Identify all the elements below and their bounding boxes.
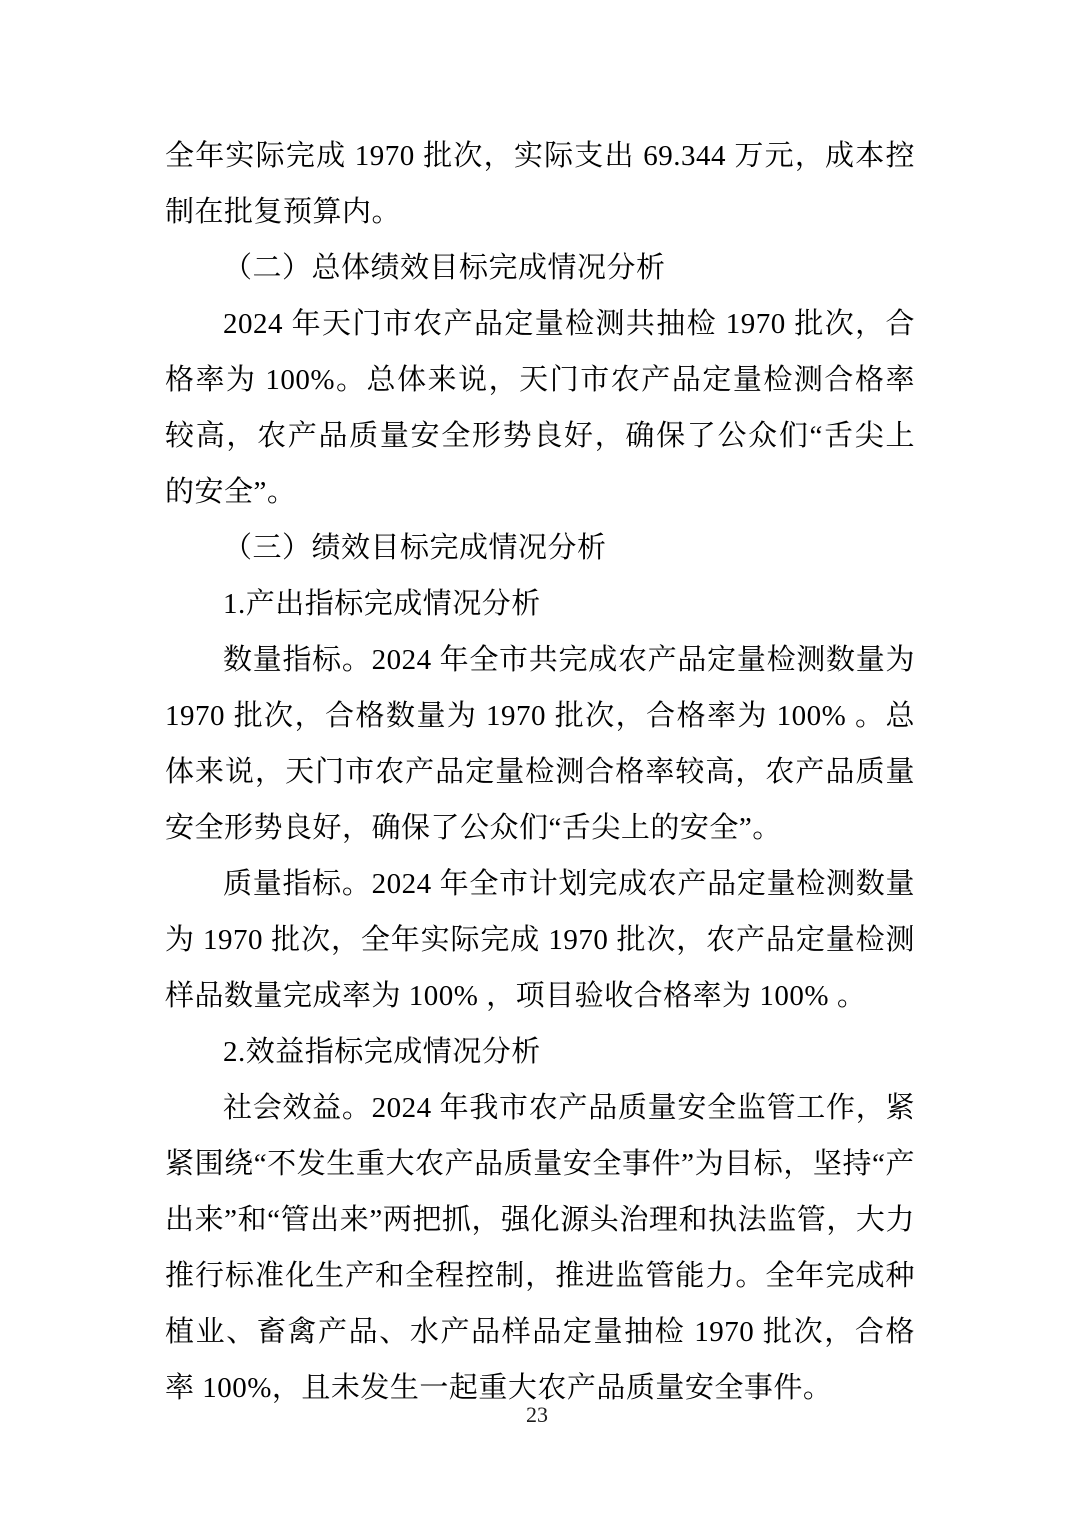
document-page: 全年实际完成 1970 批次，实际支出 69.344 万元，成本控制在批复预算内…	[0, 0, 1074, 1520]
paragraph-social-benefit: 社会效益。2024 年我市农产品质量安全监管工作，紧紧围绕“不发生重大农产品质量…	[165, 1080, 915, 1416]
paragraph-cost-summary: 全年实际完成 1970 批次，实际支出 69.344 万元，成本控制在批复预算内…	[165, 128, 915, 240]
heading-output-indicators: 1.产出指标完成情况分析	[165, 576, 915, 632]
heading-benefit-indicators: 2.效益指标完成情况分析	[165, 1024, 915, 1080]
paragraph-quality-indicator: 质量指标。2024 年全市计划完成农产品定量检测数量为 1970 批次，全年实际…	[165, 856, 915, 1024]
document-body: 全年实际完成 1970 批次，实际支出 69.344 万元，成本控制在批复预算内…	[165, 128, 915, 1416]
heading-section-2-overall-performance: （二）总体绩效目标完成情况分析	[165, 240, 915, 296]
heading-section-3-performance-targets: （三）绩效目标完成情况分析	[165, 520, 915, 576]
paragraph-overall-target-analysis: 2024 年天门市农产品定量检测共抽检 1970 批次，合格率为 100%。总体…	[165, 296, 915, 520]
paragraph-quantity-indicator: 数量指标。2024 年全市共完成农产品定量检测数量为 1970 批次，合格数量为…	[165, 632, 915, 856]
page-number: 23	[0, 1402, 1074, 1428]
